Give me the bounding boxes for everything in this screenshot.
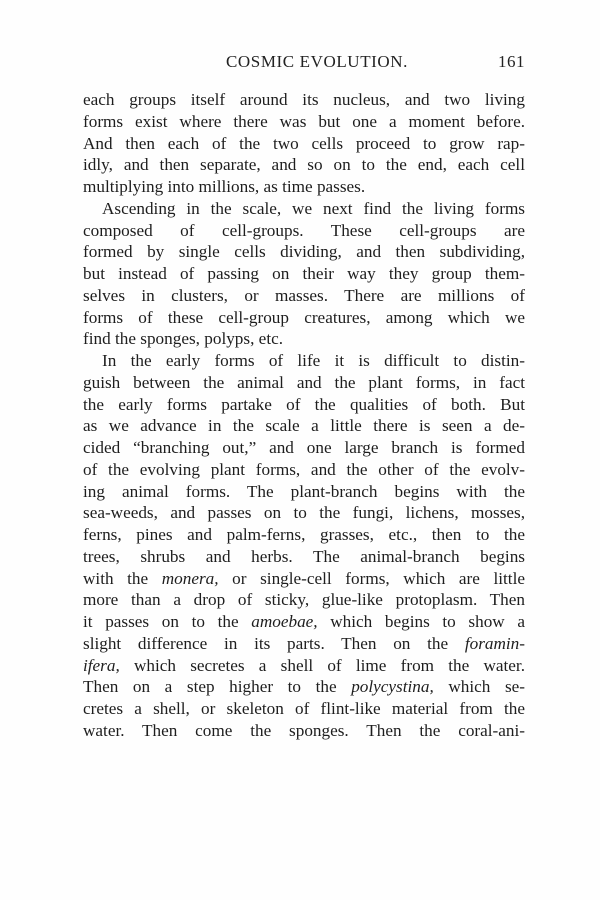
line-text: which secretes a shell of lime from the … [120, 656, 525, 675]
body-text: each groups itself around its nucleus, a… [83, 89, 525, 742]
line-text: Then on a step higher to the [83, 677, 351, 696]
line-text: or single-cell forms, which are little [219, 569, 525, 588]
page-number: 161 [498, 52, 525, 72]
text-line: cretes a shell, or skeleton of flint-lik… [83, 698, 525, 720]
line-text: slight difference in its parts. Then on … [83, 634, 465, 653]
line-text: it passes on to the [83, 612, 251, 631]
text-line: composed of cell-groups. These cell-grou… [83, 220, 525, 242]
text-line: more than a drop of sticky, glue-like pr… [83, 589, 525, 611]
text-line: of the evolving plant forms, and the oth… [83, 459, 525, 481]
paragraph-start-line: In the early forms of life it is difficu… [83, 350, 525, 372]
text-line: And then each of the two cells proceed t… [83, 133, 525, 155]
text-line: ferns, pines and palm-ferns, grasses, et… [83, 524, 525, 546]
text-line-with-italic: it passes on to the amoebae, which begin… [83, 611, 525, 633]
line-text: which se- [434, 677, 525, 696]
text-line: guish between the animal and the plant f… [83, 372, 525, 394]
text-line: but instead of passing on their way they… [83, 263, 525, 285]
text-line: each groups itself around its nucleus, a… [83, 89, 525, 111]
running-title: COSMIC EVOLUTION. [83, 52, 525, 72]
text-line: selves in clusters, or masses. There are… [83, 285, 525, 307]
text-line: cided “branching out,” and one large bra… [83, 437, 525, 459]
line-text: which begins to show a [318, 612, 525, 631]
text-line-with-italic: ifera, which secretes a shell of lime fr… [83, 655, 525, 677]
paragraph-start-line: Ascending in the scale, we next find the… [83, 198, 525, 220]
italic-term: polycystina, [351, 677, 434, 696]
text-line: forms of these cell-group creatures, amo… [83, 307, 525, 329]
text-line: as we advance in the scale a little ther… [83, 415, 525, 437]
italic-term: ifera, [83, 656, 120, 675]
text-line: the early forms partake of the qualities… [83, 394, 525, 416]
text-line-with-italic: slight difference in its parts. Then on … [83, 633, 525, 655]
text-line: formed by single cells dividing, and the… [83, 241, 525, 263]
text-line: ing animal forms. The plant-branch begin… [83, 481, 525, 503]
text-line: trees, shrubs and herbs. The animal-bran… [83, 546, 525, 568]
italic-term: monera, [162, 569, 219, 588]
book-page: COSMIC EVOLUTION. 161 each groups itself… [0, 0, 600, 900]
text-line-with-italic: with the monera, or single-cell forms, w… [83, 568, 525, 590]
text-line: forms exist where there was but one a mo… [83, 111, 525, 133]
text-line: multiplying into millions, as time passe… [83, 176, 525, 198]
text-line: find the sponges, polyps, etc. [83, 328, 525, 350]
italic-term: foramin- [465, 634, 525, 653]
text-line: sea-weeds, and passes on to the fungi, l… [83, 502, 525, 524]
text-line: idly, and then separate, and so on to th… [83, 154, 525, 176]
text-line-with-italic: Then on a step higher to the polycystina… [83, 676, 525, 698]
italic-term: amoebae, [251, 612, 317, 631]
line-text: with the [83, 569, 162, 588]
page-header: COSMIC EVOLUTION. 161 [83, 50, 525, 74]
text-line: water. Then come the sponges. Then the c… [83, 720, 525, 742]
